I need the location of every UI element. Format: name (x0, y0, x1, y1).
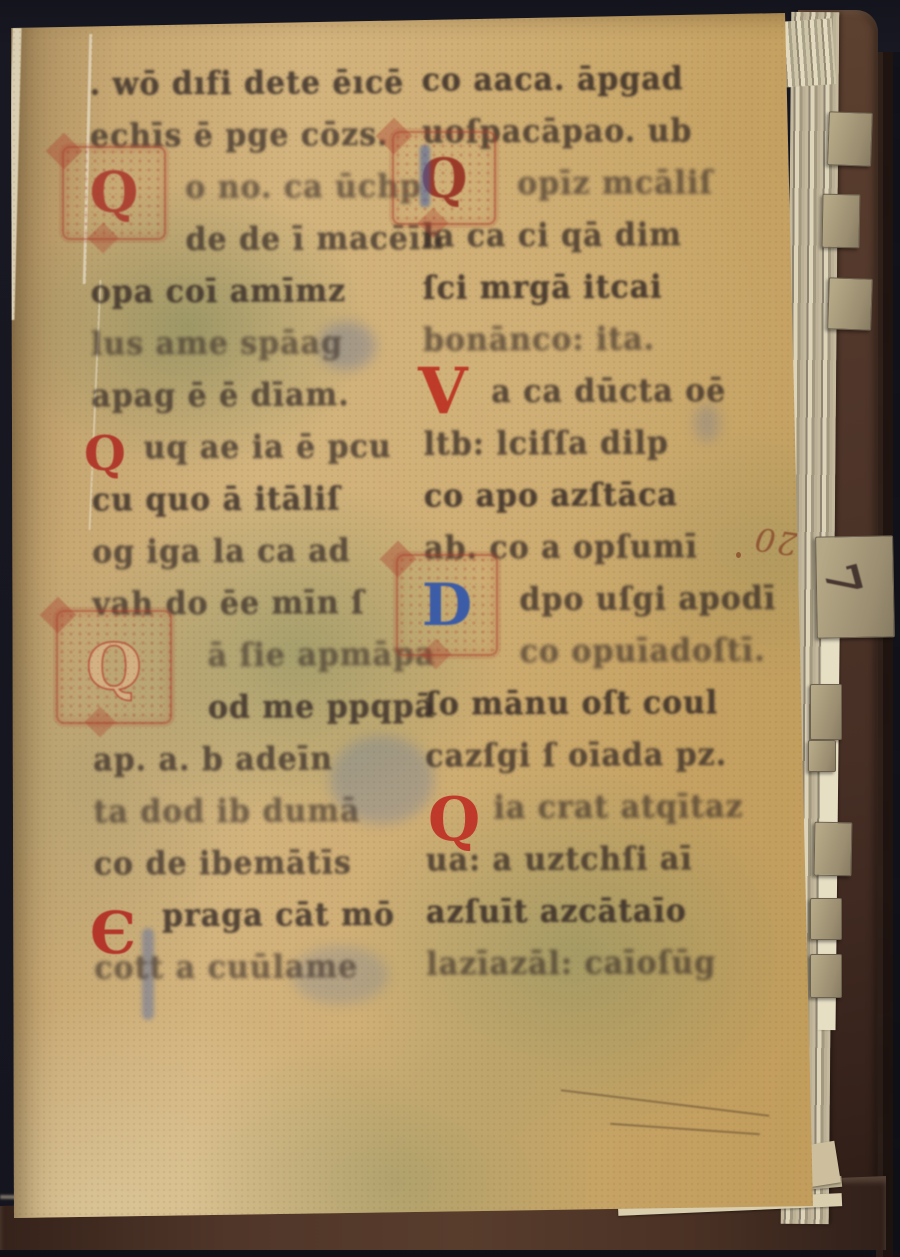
decorated-initial-red: Q (392, 131, 496, 225)
text-line: lazīazāl: caīoſūg (426, 935, 748, 992)
text-line: cazſgi ſ oīada pz. (425, 727, 747, 784)
text-line: og iga la ca ad (92, 523, 400, 580)
text-line: . wō dıfi dete ēıcē (90, 55, 398, 112)
text-line: lus ame spāag (91, 315, 399, 372)
index-tab (810, 954, 842, 998)
text-line: apag ē ē dīam. (91, 367, 399, 424)
tab-ink-mark: 7 (813, 558, 873, 603)
text-line: co de ibemātīs (94, 835, 402, 892)
text-line: a ca dūcta oē (423, 363, 745, 420)
text-line: ta dod ib dumā (93, 783, 401, 840)
text-line: ſo mānu oſt coul (425, 675, 747, 732)
initial-letter: Q (86, 630, 142, 705)
text-line: praga cāt mō (94, 887, 402, 944)
initial-red: V (418, 360, 468, 424)
index-tab (814, 822, 853, 877)
gutter-page-edge (5, 28, 21, 320)
decorated-initial-blue: D (396, 554, 498, 656)
decorated-initial-red: Q (62, 146, 166, 240)
index-tab (827, 111, 873, 167)
folio-ink-dot (736, 552, 741, 558)
initial-red: Q (428, 790, 480, 850)
text-line: co aaca. āpgad (422, 51, 744, 108)
index-tab (810, 684, 842, 740)
text-line: ltb: lciſſa dilp (423, 415, 745, 472)
page-stack-top-corner (778, 18, 836, 88)
text-line: ſci mrgā itcai (423, 259, 745, 316)
index-tab (827, 277, 873, 331)
initial-red: Q (84, 430, 126, 478)
index-tab (822, 194, 861, 249)
index-tab-large: 7 (815, 535, 895, 638)
manuscript-photo: 7 . wō dıfi dete ēıcē echīs ē pge cōzs. … (0, 0, 900, 1257)
text-line: azſuīt azcātaīo (426, 883, 748, 940)
manuscript-page: . wō dıfi dete ēıcē echīs ē pge cōzs. o … (0, 0, 900, 1257)
parchment-crack (610, 1123, 760, 1135)
text-line: co apo azſtāca (424, 467, 746, 524)
text-line: opa coī amīmz (91, 263, 399, 320)
text-line: bonānco: ita. (423, 311, 745, 368)
initial-letter: D (422, 571, 472, 639)
blue-accent-stroke (420, 145, 430, 207)
text-line: uq ae ia ē pcu (91, 419, 399, 476)
text-line: cott a cuūlame (94, 939, 402, 996)
text-line: ap. a. b adeīn (93, 731, 401, 788)
initial-red: Є (90, 904, 136, 962)
text-line: cu quo ā itāliſ (92, 471, 400, 528)
initial-letter: Q (90, 160, 139, 226)
index-tab (810, 898, 842, 940)
decorated-initial-red: Q (56, 610, 172, 724)
parchment-crack (561, 1089, 770, 1117)
index-tab (808, 740, 836, 772)
